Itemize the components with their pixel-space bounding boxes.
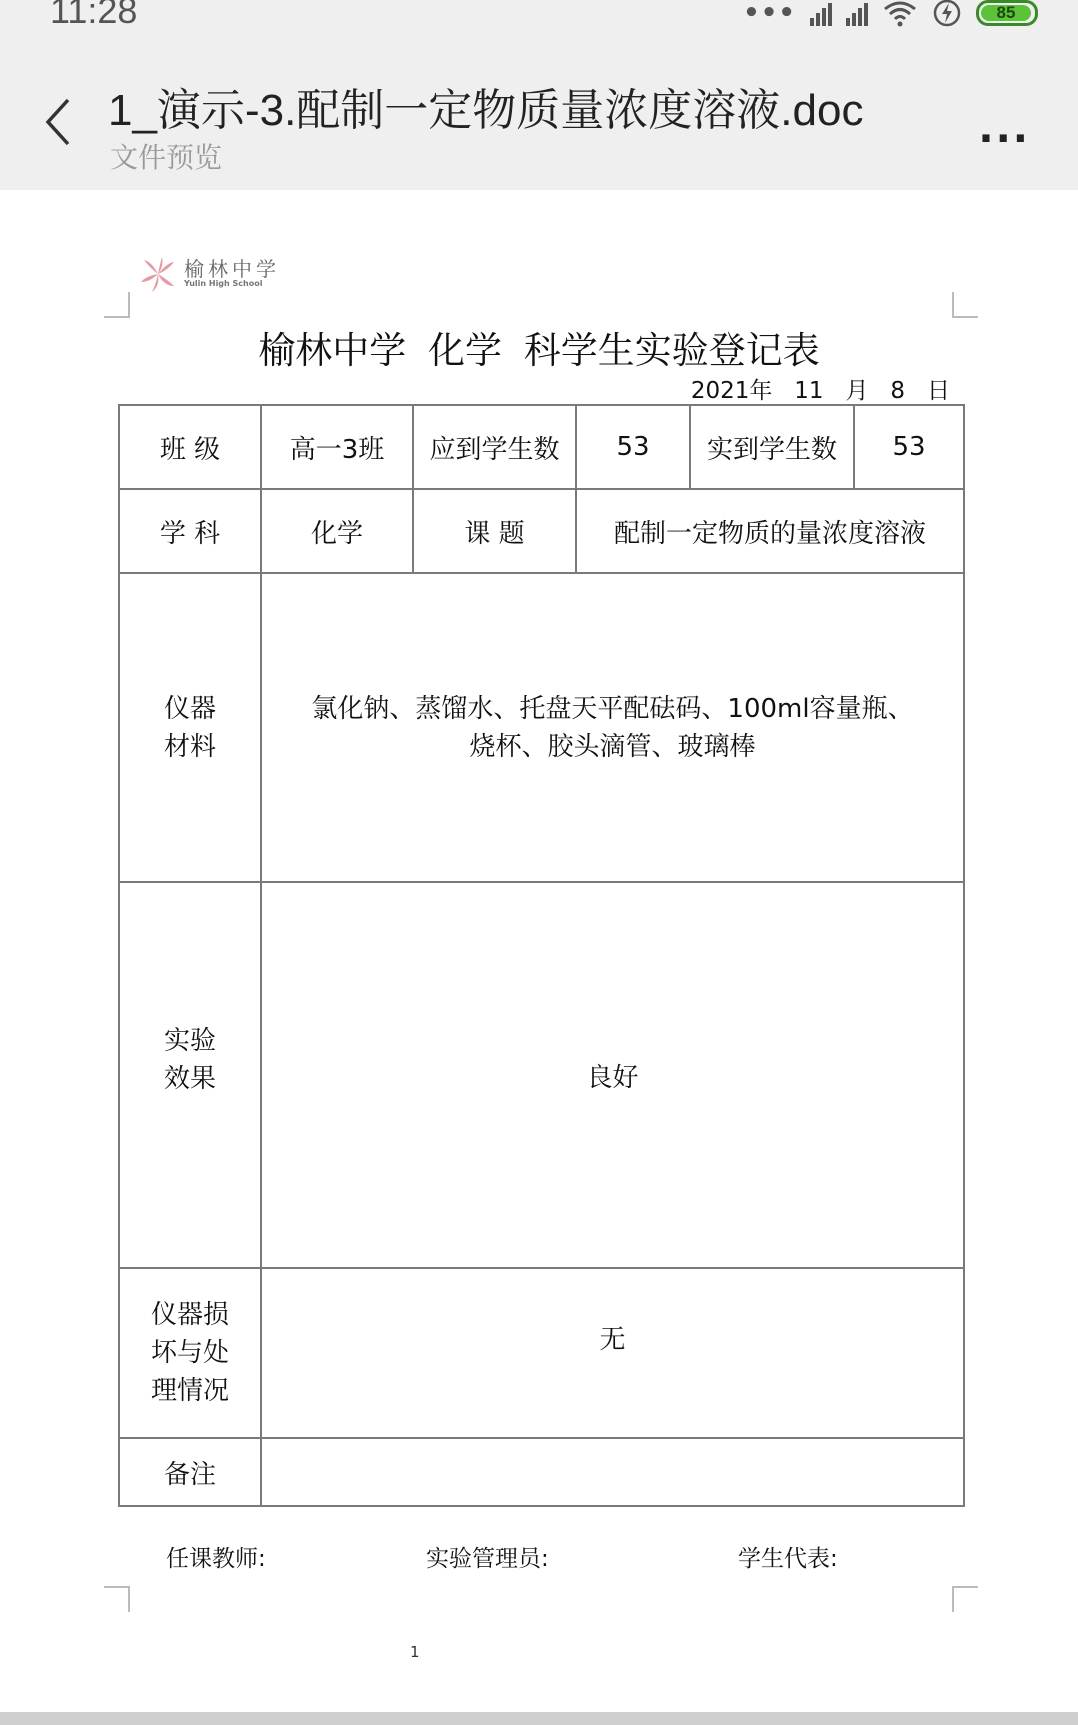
table-row: 仪器损 坏与处 理情况 无 — [119, 1268, 964, 1438]
document-date: 2021年 11 月 8 日 — [691, 372, 950, 405]
document-title: 榆林中学 化学 科学生实验登记表 — [0, 320, 1078, 374]
result-value: 良好 — [261, 882, 964, 1268]
more-dots-icon: ••• — [743, 0, 796, 28]
actual-students-label: 实到学生数 — [690, 405, 854, 489]
battery-level: 85 — [981, 5, 1031, 21]
class-label: 班 级 — [119, 405, 261, 489]
school-logo: 榆林中学 Yulin High School — [138, 254, 280, 294]
table-row: 仪器 材料 氯化钠、蒸馏水、托盘天平配砝码、100ml容量瓶、 烧杯、胶头滴管、… — [119, 573, 964, 882]
file-subtitle: 文件预览 — [110, 136, 222, 176]
file-title: 1_演示-3.配制一定物质量浓度溶液.doc — [108, 74, 863, 138]
result-label: 实验 效果 — [119, 882, 261, 1268]
battery-icon: 85 — [976, 0, 1038, 26]
damage-label: 仪器损 坏与处 理情况 — [119, 1268, 261, 1438]
damage-value: 无 — [261, 1268, 964, 1438]
topic-label: 课 题 — [413, 489, 576, 573]
materials-line: 烧杯、胶头滴管、玻璃棒 — [262, 728, 963, 766]
damage-label-line: 坏与处 — [120, 1334, 260, 1372]
experiment-registration-table: 班 级 高一3班 应到学生数 53 实到学生数 53 学 科 化学 课 题 配制… — [118, 404, 965, 1507]
topic-value: 配制一定物质的量浓度溶液 — [576, 489, 964, 573]
damage-label-line: 仪器损 — [120, 1296, 260, 1334]
subject-label: 学 科 — [119, 489, 261, 573]
crop-mark-bottom-left — [104, 1586, 130, 1612]
lab-manager-signature-label: 实验管理员: — [426, 1540, 549, 1573]
materials-label: 仪器 材料 — [119, 573, 261, 882]
bottom-divider — [0, 1712, 1078, 1725]
damage-value-text: 无 — [599, 1325, 625, 1355]
crop-mark-bottom-right — [952, 1586, 978, 1612]
materials-label-line: 材料 — [120, 728, 260, 766]
damage-label-line: 理情况 — [120, 1372, 260, 1410]
status-bar: 11:28 ••• 85 — [0, 0, 1078, 40]
logo-chinese-name: 榆林中学 — [184, 259, 280, 279]
subject-value: 化学 — [261, 489, 413, 573]
school-emblem-icon — [138, 254, 178, 294]
expected-students-label: 应到学生数 — [413, 405, 576, 489]
crop-mark-top-right — [952, 292, 978, 318]
status-icons: ••• 85 — [743, 0, 1038, 30]
remarks-label: 备注 — [119, 1438, 261, 1506]
table-row: 备注 — [119, 1438, 964, 1506]
materials-value: 氯化钠、蒸馏水、托盘天平配砝码、100ml容量瓶、 烧杯、胶头滴管、玻璃棒 — [261, 573, 964, 882]
student-rep-signature-label: 学生代表: — [738, 1540, 838, 1573]
app-bar: 1_演示-3.配制一定物质量浓度溶液.doc 文件预览 ... — [0, 40, 1078, 190]
crop-mark-top-left — [104, 292, 130, 318]
more-options-button[interactable]: ... — [978, 106, 1030, 152]
table-row: 实验 效果 良好 — [119, 882, 964, 1268]
remarks-value — [261, 1438, 964, 1506]
teacher-signature-label: 任课教师: — [166, 1540, 266, 1573]
signal-icon — [810, 0, 832, 26]
actual-students-value: 53 — [854, 405, 964, 489]
page-number: 1 — [410, 1643, 420, 1661]
table-row: 学 科 化学 课 题 配制一定物质的量浓度溶液 — [119, 489, 964, 573]
result-label-line: 效果 — [120, 1060, 260, 1098]
status-time: 11:28 — [50, 0, 137, 32]
wifi-icon — [882, 0, 918, 27]
charging-icon — [932, 0, 962, 28]
chevron-left-icon[interactable] — [38, 92, 78, 152]
materials-label-line: 仪器 — [120, 690, 260, 728]
table-row: 班 级 高一3班 应到学生数 53 实到学生数 53 — [119, 405, 964, 489]
expected-students-value: 53 — [576, 405, 690, 489]
materials-line: 氯化钠、蒸馏水、托盘天平配砝码、100ml容量瓶、 — [262, 690, 963, 728]
signal-hd-icon — [846, 0, 868, 26]
class-value: 高一3班 — [261, 405, 413, 489]
result-label-line: 实验 — [120, 1022, 260, 1060]
